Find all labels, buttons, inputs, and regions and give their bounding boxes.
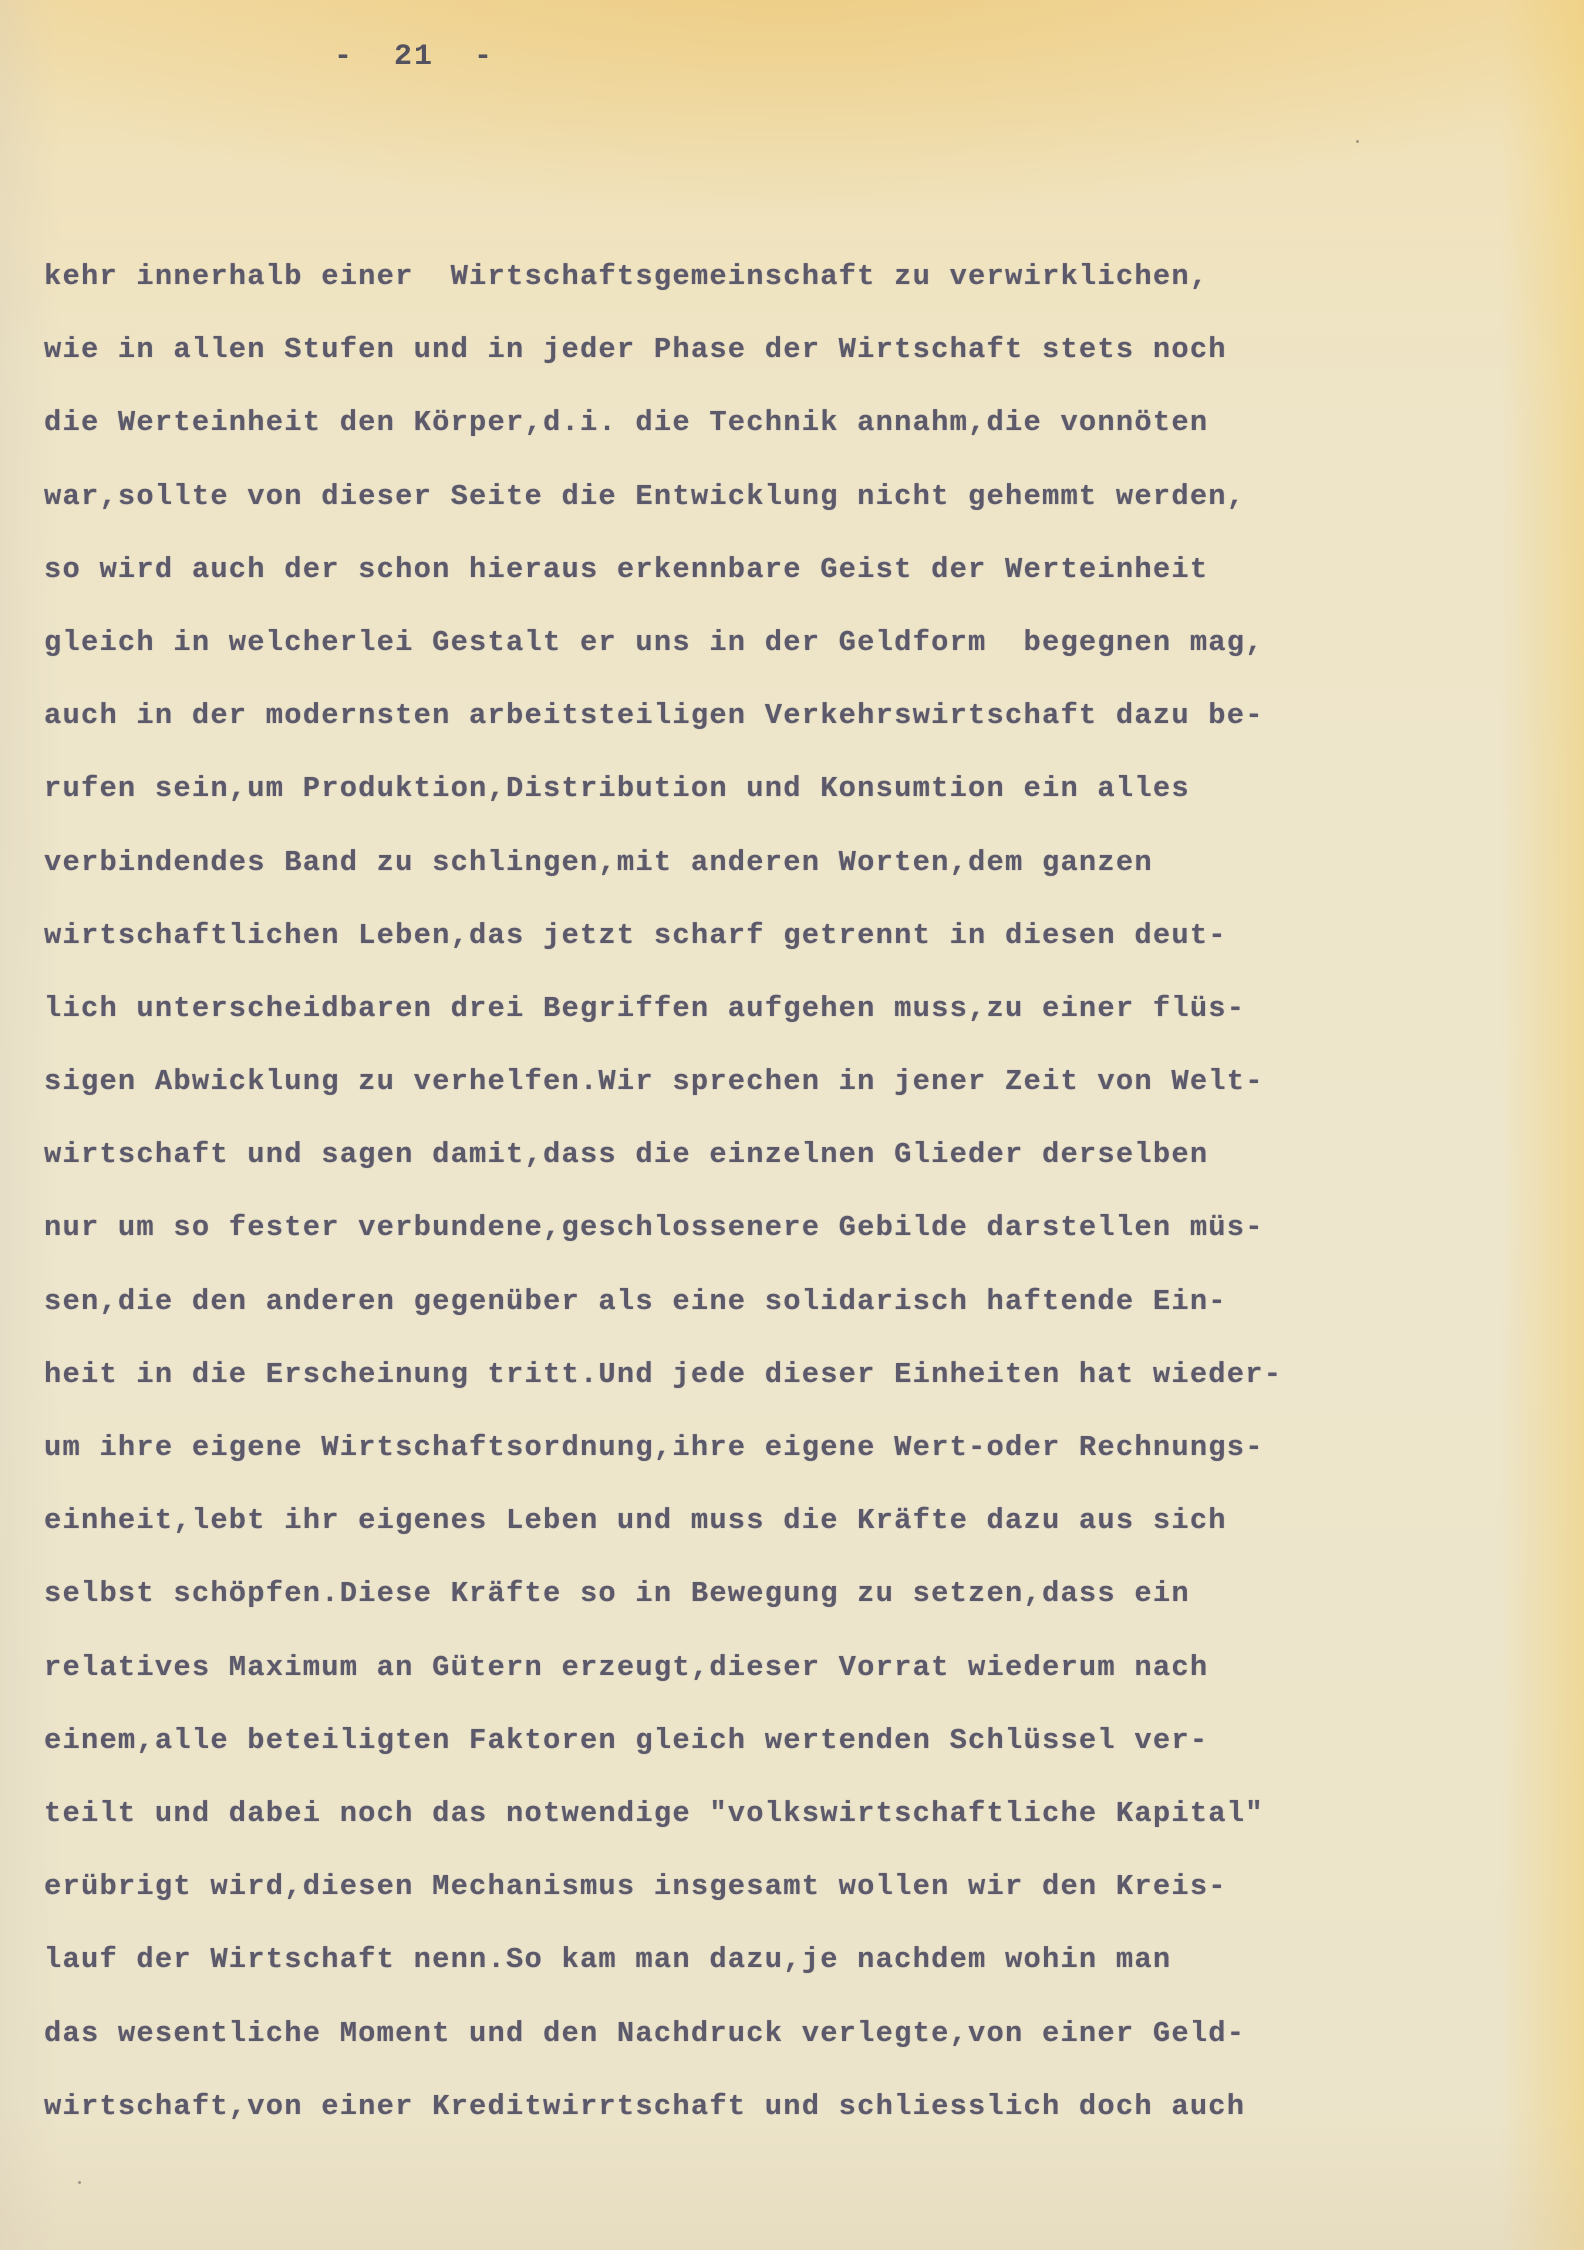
text-line: so wird auch der schon hieraus erkennbar… <box>44 555 1554 628</box>
text-line: wirtschaft,von einer Kreditwirrtschaft u… <box>44 2092 1554 2165</box>
text-line: lauf der Wirtschaft nenn.So kam man dazu… <box>44 1945 1554 2018</box>
text-line: verbindendes Band zu schlingen,mit ander… <box>44 848 1554 921</box>
text-line: heit in die Erscheinung tritt.Und jede d… <box>44 1360 1554 1433</box>
text-line: war,sollte von dieser Seite die Entwickl… <box>44 482 1554 555</box>
text-line: erübrigt wird,diesen Mechanismus insgesa… <box>44 1872 1554 1945</box>
paper-speck <box>1356 140 1359 143</box>
text-line: die Werteinheit den Körper,d.i. die Tech… <box>44 408 1554 481</box>
text-line: selbst schöpfen.Diese Kräfte so in Beweg… <box>44 1579 1554 1652</box>
text-line: rufen sein,um Produktion,Distribution un… <box>44 774 1554 847</box>
page-number: - 21 - <box>334 40 494 74</box>
text-line: um ihre eigene Wirtschaftsordnung,ihre e… <box>44 1433 1554 1506</box>
text-line: einheit,lebt ihr eigenes Leben und muss … <box>44 1506 1554 1579</box>
text-line: kehr innerhalb einer Wirtschaftsgemeinsc… <box>44 262 1554 335</box>
text-line: lich unterscheidbaren drei Begriffen auf… <box>44 994 1554 1067</box>
text-line: wie in allen Stufen und in jeder Phase d… <box>44 335 1554 408</box>
text-line: relatives Maximum an Gütern erzeugt,dies… <box>44 1653 1554 1726</box>
text-line: teilt und dabei noch das notwendige "vol… <box>44 1799 1554 1872</box>
text-line: gleich in welcherlei Gestalt er uns in d… <box>44 628 1554 701</box>
typewritten-text-body: kehr innerhalb einer Wirtschaftsgemeinsc… <box>44 262 1554 2165</box>
text-line: wirtschaftlichen Leben,das jetzt scharf … <box>44 921 1554 994</box>
text-line: sigen Abwicklung zu verhelfen.Wir sprech… <box>44 1067 1554 1140</box>
text-line: auch in der modernsten arbeitsteiligen V… <box>44 701 1554 774</box>
text-line: nur um so fester verbundene,geschlossene… <box>44 1213 1554 1286</box>
text-line: einem,alle beteiligten Faktoren gleich w… <box>44 1726 1554 1799</box>
text-line: sen,die den anderen gegenüber als eine s… <box>44 1287 1554 1360</box>
text-line: das wesentliche Moment und den Nachdruck… <box>44 2019 1554 2092</box>
paper-speck <box>78 2181 81 2184</box>
text-line: wirtschaft und sagen damit,dass die einz… <box>44 1140 1554 1213</box>
